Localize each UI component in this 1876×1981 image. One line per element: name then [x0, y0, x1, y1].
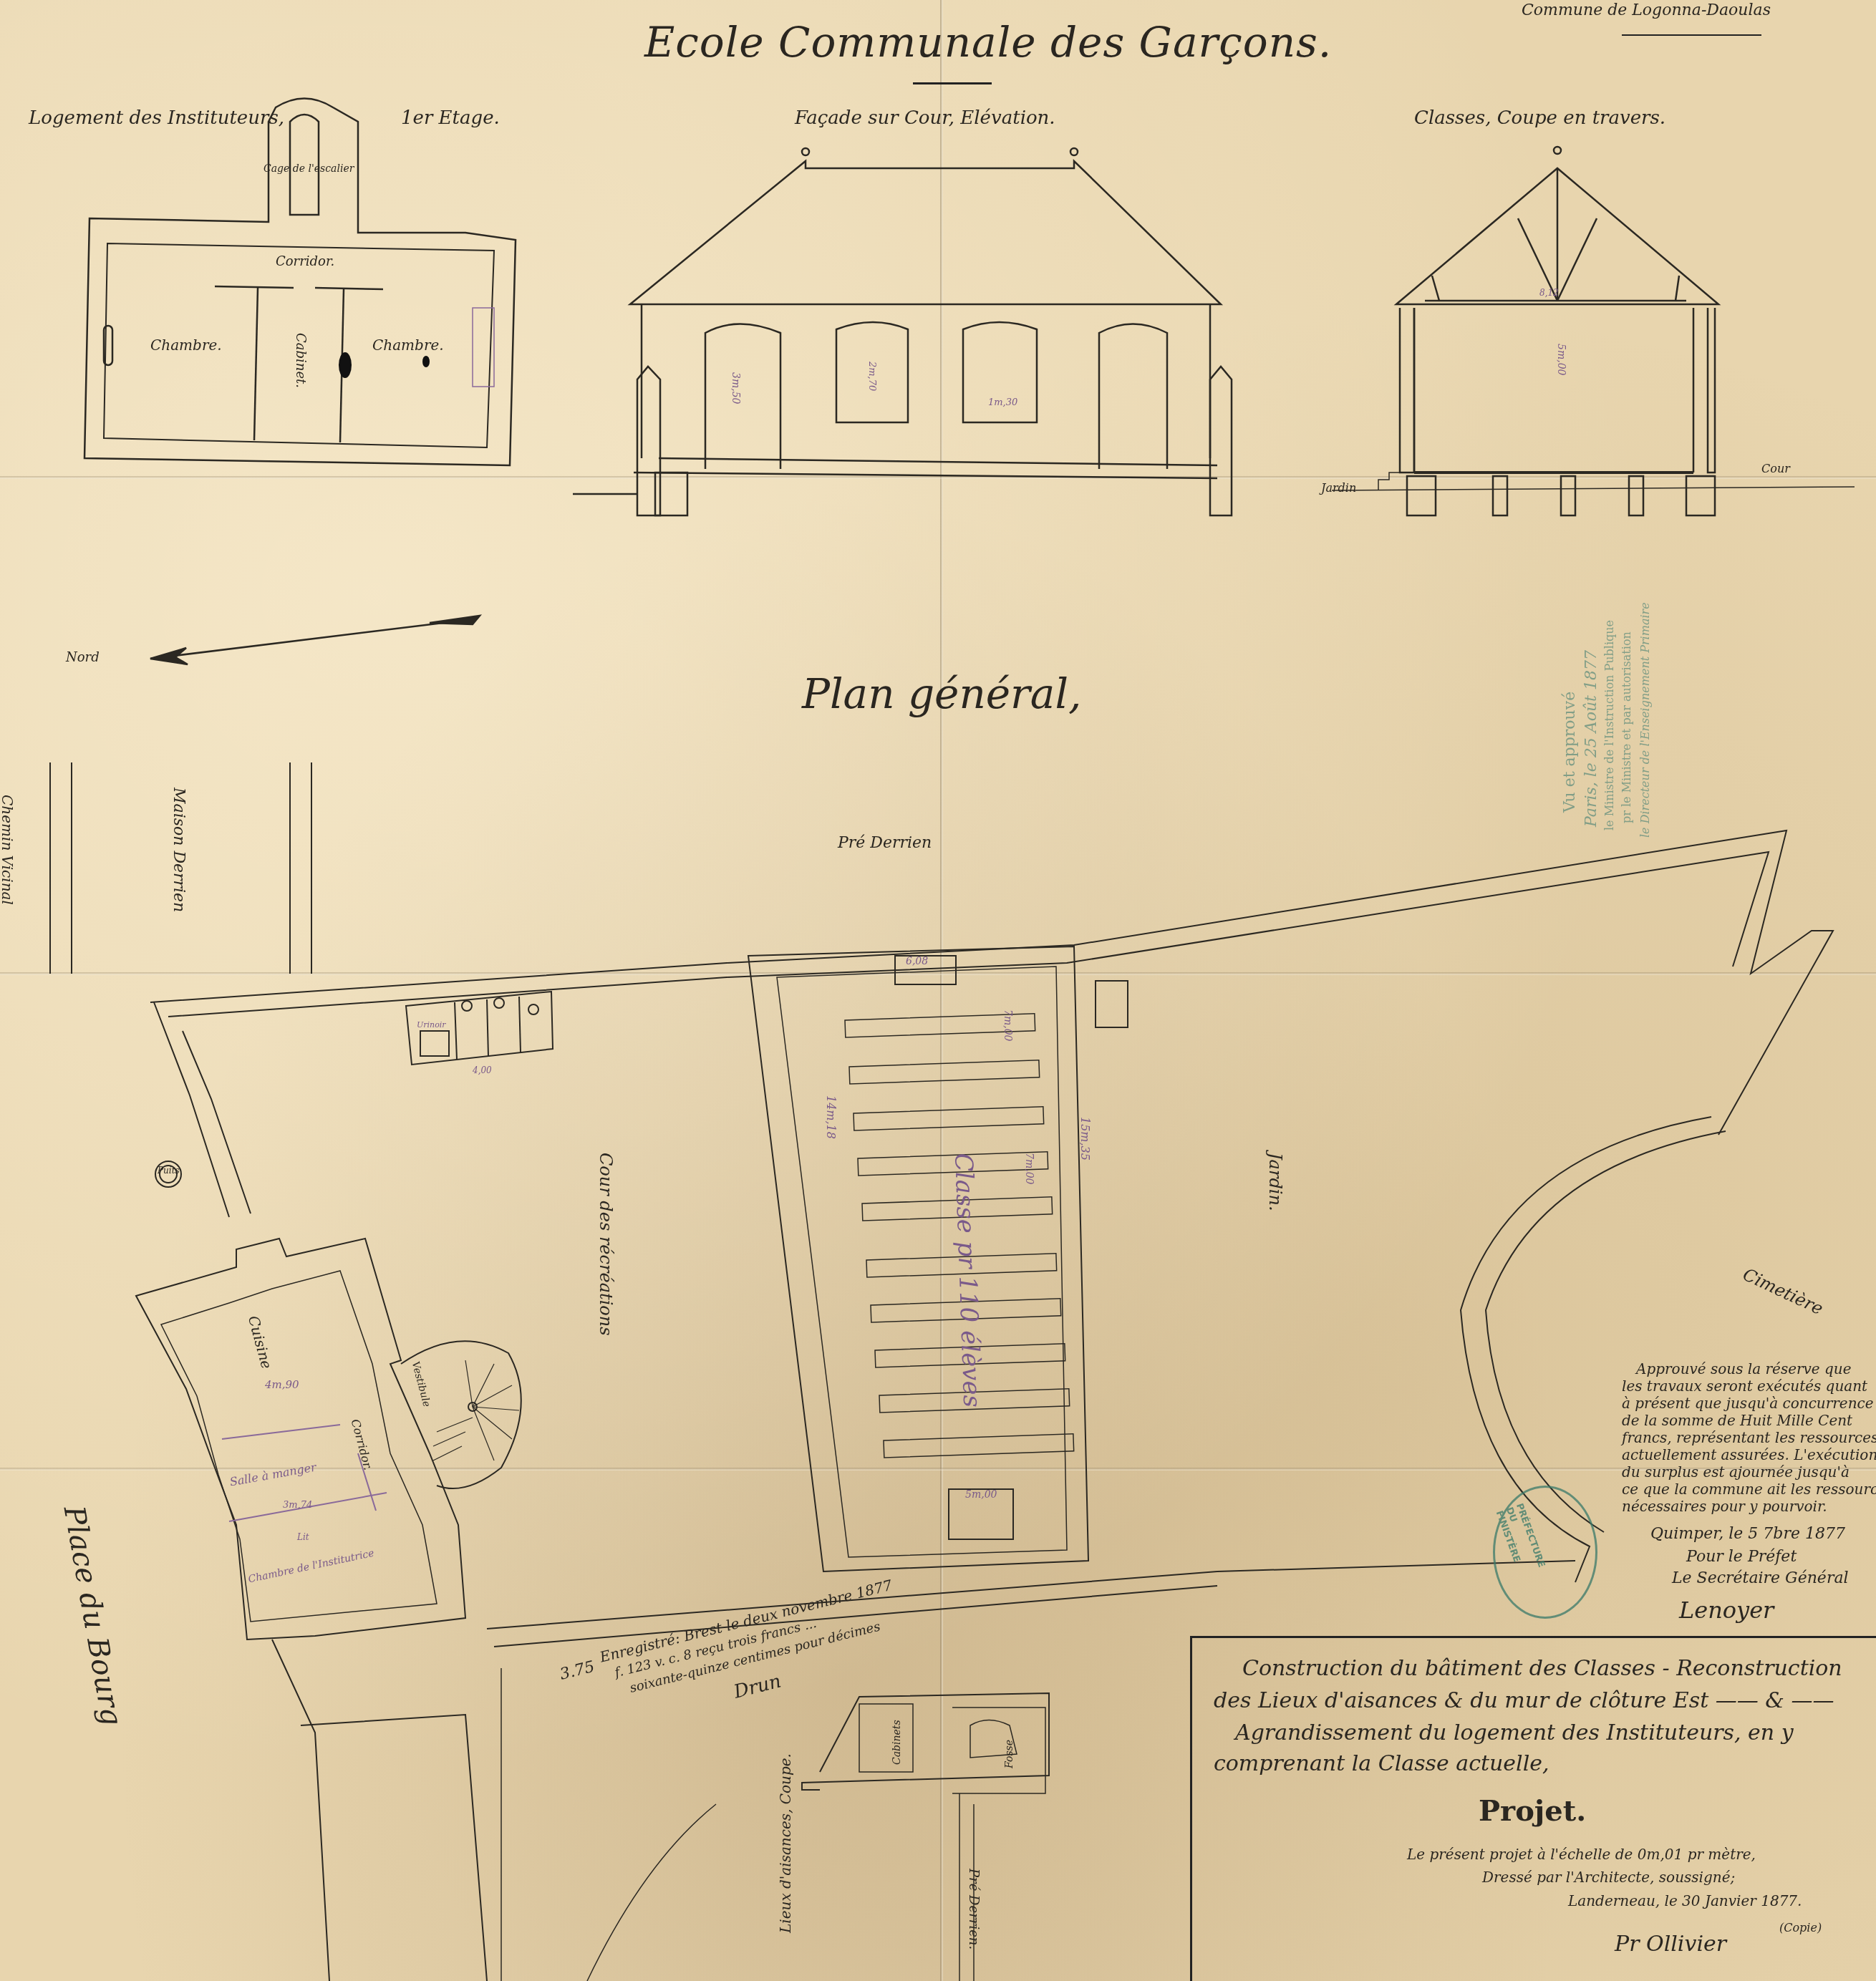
pref-line: les travaux seront exécutés quant [1622, 1377, 1867, 1395]
facade-drawing [573, 148, 1232, 515]
pref-pour-le-prefet: Pour le Préfet [1686, 1548, 1797, 1566]
latrines-length-dim: 4,00 [473, 1065, 492, 1075]
cuisine-area-dim: 4m,90 [265, 1378, 299, 1391]
north-label: Nord [66, 650, 100, 665]
room-chambre-right: Chambre. [372, 336, 444, 354]
title-block-scale: Le présent projet à l'échelle de 0m,01 p… [1407, 1846, 1756, 1863]
title-block-place-date: Landerneau, le 30 Janvier 1877. [1568, 1892, 1802, 1909]
title-block: Construction du bâtiment des Classes - R… [1190, 1636, 1876, 1981]
paris-approval-line-4: pr le Ministre et par autorisation [1620, 631, 1633, 823]
pref-line: nécessaires pour y pourvoir. [1622, 1498, 1827, 1515]
pref-signature: Lenoyer [1679, 1597, 1774, 1624]
facade-window-height: 2m,70 [866, 362, 877, 391]
section-drawing [1332, 147, 1855, 515]
room-chambre-left: Chambre. [150, 336, 222, 354]
privy-label-fosse: Fosse [1004, 1740, 1015, 1768]
room-cabinet: Cabinet. [293, 333, 308, 388]
boundary-dim: 6,08 [906, 956, 928, 967]
area-jardin: Jardin. [1265, 1153, 1285, 1211]
pref-line: ce que la commune ait les ressources [1622, 1481, 1876, 1498]
stamp-text: PRÉFECTURE DU FINISTÈRE [1494, 1502, 1548, 1580]
title-block-line-2: des Lieux d'aisances & du mur de clôture… [1214, 1688, 1834, 1713]
room-corridor: Corridor. [276, 254, 334, 269]
title-block-projet: Projet. [1479, 1794, 1586, 1828]
pref-date: Quimper, le 5 7bre 1877 [1650, 1525, 1845, 1543]
paris-approval-line-2: Paris, le 25 Août 1877 [1582, 650, 1600, 827]
area-puits: Puits [158, 1166, 180, 1176]
area-maison-derrien: Maison Derrien [170, 788, 188, 912]
section-height-dim: 5m,00 [1555, 344, 1567, 375]
pref-line: francs, représentant les ressources [1622, 1429, 1876, 1446]
area-cour-recreations: Cour des récréations [596, 1153, 616, 1336]
pref-secretaire: Le Secrétaire Général [1672, 1569, 1849, 1587]
title-block-line-4: comprenant la Classe actuelle, [1214, 1751, 1549, 1776]
pref-line: Approuvé sous la réserve que [1636, 1360, 1852, 1377]
privy-section-heading: Lieux d'aisances, Coupe. [777, 1753, 794, 1933]
area-pre-derrien: Pré Derrien [838, 834, 932, 852]
prefecture-stamp: PRÉFECTURE DU FINISTÈRE [1493, 1486, 1597, 1619]
section-label-cour: Cour [1761, 462, 1790, 475]
north-arrow-drawing [150, 616, 480, 664]
plan-general-heading: Plan général, [802, 669, 1081, 718]
paris-approval-line-3: le Ministre de l'Instruction Publique [1602, 620, 1616, 830]
title-block-line-3: Agrandissement du logement des Institute… [1235, 1720, 1794, 1745]
paris-approval-line-1: Vu et approuvé [1561, 692, 1579, 813]
floor-plan-drawing [84, 99, 516, 466]
title-block-signature: Pr Ollivier [1615, 1932, 1726, 1957]
facade-window-width: 1m,30 [988, 397, 1017, 408]
room-cage-escalier: Cage de l'escalier [263, 163, 354, 175]
pref-line: du surplus est ajournée jusqu'à [1622, 1463, 1850, 1481]
salle-area-dim: 3m,74 [283, 1500, 312, 1511]
section-tie-beam-dim: 8,12 [1539, 288, 1559, 298]
title-block-drawn-by: Dressé par l'Architecte, soussigné; [1482, 1869, 1735, 1886]
title-block-copy-mark: (Copie) [1779, 1921, 1822, 1934]
area-pre-derrien-bottom: Pré Derrien. [966, 1869, 981, 1949]
pref-line: actuellement assurées. L'exécution [1622, 1446, 1876, 1463]
classroom-half-dim-bottom: 7m,00 [1023, 1153, 1035, 1184]
classroom-half-dim-top: 7m,00 [1002, 1009, 1013, 1041]
latrines-urinoir: Urinoir [417, 1020, 446, 1030]
title-block-line-1: Construction du bâtiment des Classes - R… [1242, 1656, 1842, 1681]
pref-line: à présent que jusqu'à concurrence [1622, 1395, 1874, 1412]
room-lit: Lit [297, 1532, 309, 1542]
section-label-jardin: Jardin [1321, 481, 1356, 495]
area-chemin-vicinal: Chemin Vicinal [0, 795, 16, 905]
classroom-outer-dim: 15m,35 [1078, 1117, 1092, 1161]
pref-line: de la somme de Huit Mille Cent [1622, 1412, 1852, 1429]
classroom-length-dim: 14m,18 [824, 1095, 838, 1139]
privy-label-cabinets: Cabinets [891, 1720, 903, 1765]
paris-approval-line-5: le Directeur de l'Enseignement Primaire [1638, 602, 1652, 838]
facade-door-height: 3m,50 [730, 372, 741, 404]
classroom-porch-dim: 5m,00 [965, 1489, 997, 1501]
